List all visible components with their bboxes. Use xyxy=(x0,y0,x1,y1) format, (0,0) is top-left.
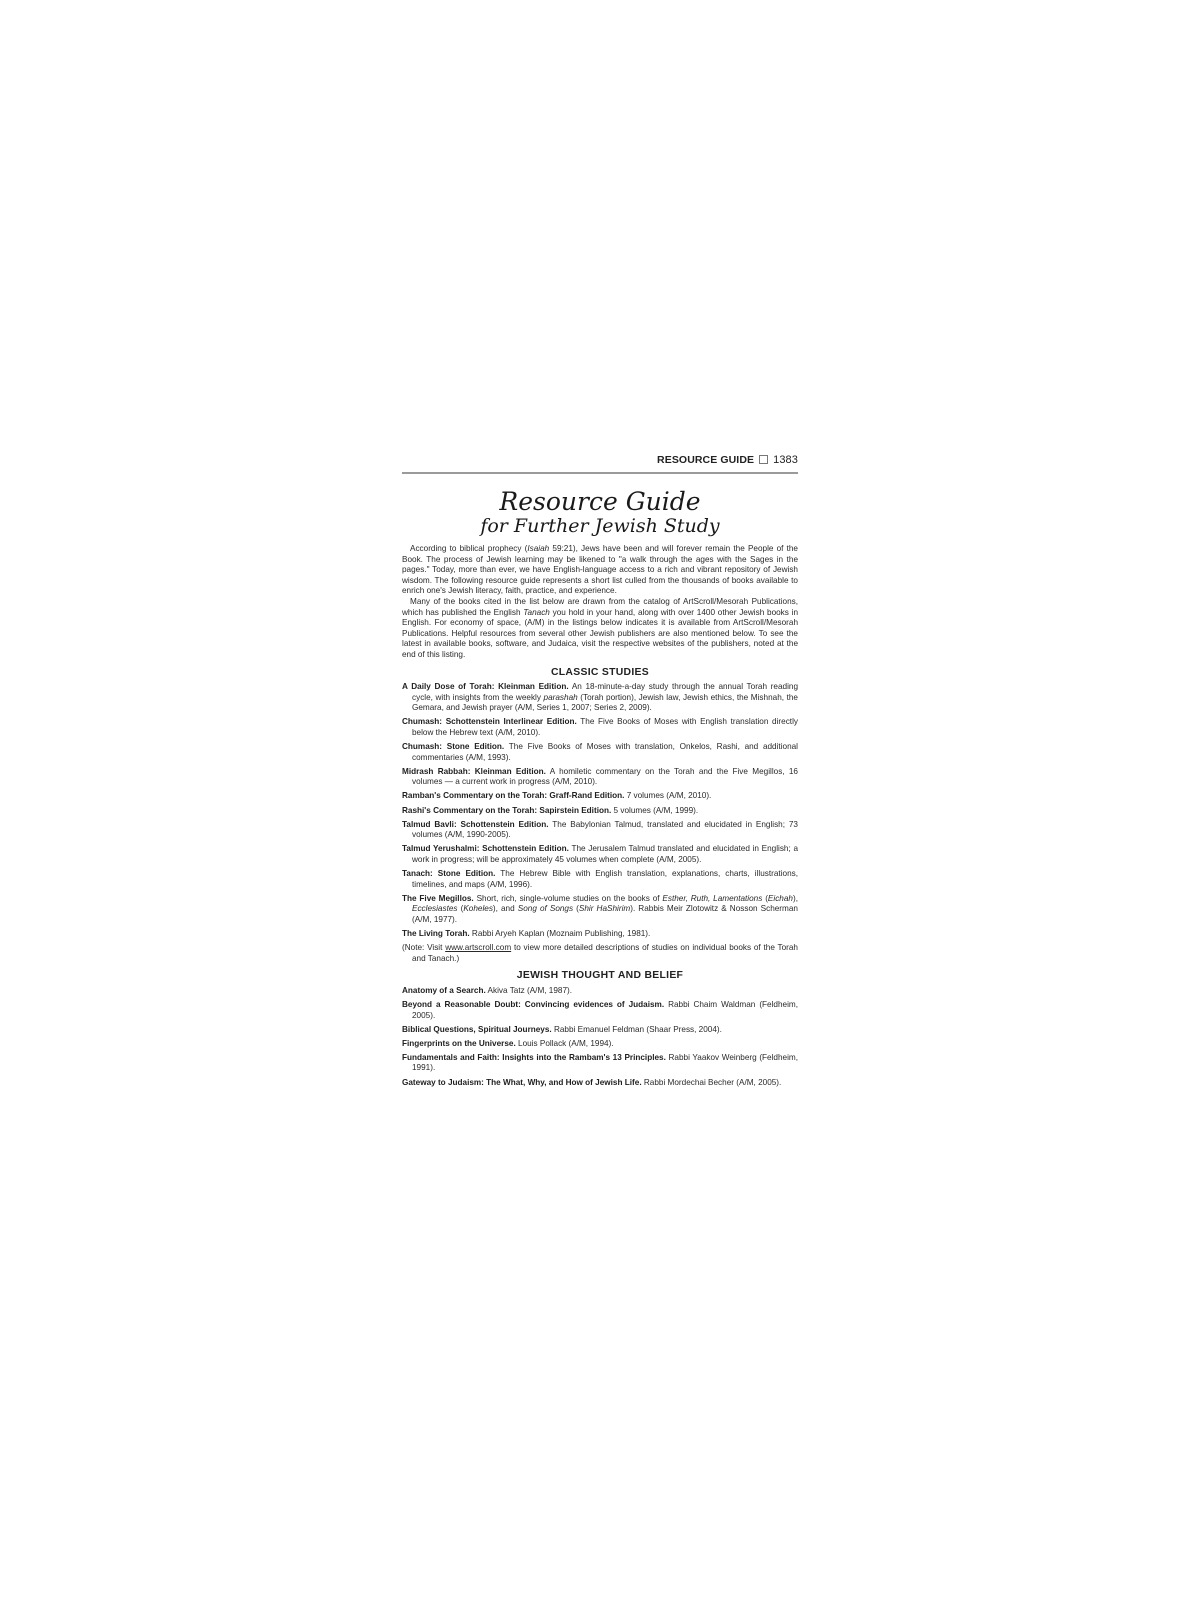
list-item: Midrash Rabbah: Kleinman Edition. A homi… xyxy=(402,767,798,788)
text: According to biblical prophecy ( xyxy=(410,544,527,553)
book-description: Rabbi Emanuel Feldman (Shaar Press, 2004… xyxy=(552,1025,722,1034)
book-title: Chumash: Schottenstein Interlinear Editi… xyxy=(402,717,577,726)
list-item: Beyond a Reasonable Doubt: Convincing ev… xyxy=(402,1000,798,1021)
emphasis: Ecclesiastes xyxy=(412,904,458,913)
list-item: Fundamentals and Faith: Insights into th… xyxy=(402,1053,798,1074)
list-item: The Living Torah. Rabbi Aryeh Kaplan (Mo… xyxy=(402,929,798,940)
list-item: Biblical Questions, Spiritual Journeys. … xyxy=(402,1025,798,1036)
intro-text: According to biblical prophecy (Isaiah 5… xyxy=(402,544,798,661)
text: ), xyxy=(793,894,798,903)
book-description: 5 volumes (A/M, 1999). xyxy=(611,806,698,815)
book-description: Louis Pollack (A/M, 1994). xyxy=(516,1039,614,1048)
page-number: 1383 xyxy=(773,454,798,466)
book-title: Ramban's Commentary on the Torah: Graff-… xyxy=(402,791,624,800)
section-heading-jewish-thought: JEWISH THOUGHT AND BELIEF xyxy=(402,971,798,982)
book-description: Rabbi Aryeh Kaplan (Moznaim Publishing, … xyxy=(470,929,651,938)
header-rule xyxy=(402,472,798,474)
emphasis: Esther, Ruth, Lamentations xyxy=(662,894,762,903)
list-item: Chumash: Stone Edition. The Five Books o… xyxy=(402,742,798,763)
section-heading-classic-studies: CLASSIC STUDIES xyxy=(402,668,798,679)
book-description: Short, rich, single-volume studies on th… xyxy=(474,894,663,903)
book-description: 7 volumes (A/M, 2010). xyxy=(624,791,711,800)
book-title: The Five Megillos. xyxy=(402,894,474,903)
list-item: Chumash: Schottenstein Interlinear Editi… xyxy=(402,717,798,738)
artscroll-link[interactable]: www.artscroll.com xyxy=(445,943,511,952)
book-title: Fundamentals and Faith: Insights into th… xyxy=(402,1053,666,1062)
emphasis: Song of Songs xyxy=(518,904,573,913)
emphasis: Koheles xyxy=(463,904,493,913)
book-title: Talmud Yerushalmi: Schottenstein Edition… xyxy=(402,844,569,853)
book-title: A Daily Dose of Torah: Kleinman Edition. xyxy=(402,682,569,691)
emphasis: Shir HaShirim xyxy=(579,904,630,913)
book-title: Chumash: Stone Edition. xyxy=(402,742,504,751)
text: ), and xyxy=(493,904,518,913)
book-title: Beyond a Reasonable Doubt: Convincing ev… xyxy=(402,1000,664,1009)
list-item: A Daily Dose of Torah: Kleinman Edition.… xyxy=(402,682,798,714)
list-item: Gateway to Judaism: The What, Why, and H… xyxy=(402,1078,798,1089)
page-title: Resource Guide for Further Jewish Study xyxy=(402,488,798,537)
intro-paragraph-1: According to biblical prophecy (Isaiah 5… xyxy=(402,544,798,597)
emphasis: Eichah xyxy=(768,894,793,903)
list-item: The Five Megillos. Short, rich, single-v… xyxy=(402,894,798,926)
list-item: Talmud Yerushalmi: Schottenstein Edition… xyxy=(402,844,798,865)
book-title: Biblical Questions, Spiritual Journeys. xyxy=(402,1025,552,1034)
note-item: (Note: Visit www.artscroll.com to view m… xyxy=(402,943,798,964)
book-title: Anatomy of a Search. xyxy=(402,986,486,995)
list-item: Talmud Bavli: Schottenstein Edition. The… xyxy=(402,820,798,841)
document-page: RESOURCE GUIDE1383 Resource Guide for Fu… xyxy=(402,455,798,1092)
title-line-2: for Further Jewish Study xyxy=(402,515,798,537)
book-title: Rashi's Commentary on the Torah: Sapirst… xyxy=(402,806,611,815)
list-item: Fingerprints on the Universe. Louis Poll… xyxy=(402,1039,798,1050)
list-item: Anatomy of a Search. Akiva Tatz (A/M, 19… xyxy=(402,986,798,997)
list-item: Ramban's Commentary on the Torah: Graff-… xyxy=(402,791,798,802)
book-title: Tanach: Stone Edition. xyxy=(402,869,495,878)
intro-paragraph-2: Many of the books cited in the list belo… xyxy=(402,597,798,661)
book-description: Akiva Tatz (A/M, 1987). xyxy=(486,986,572,995)
citation: Isaiah xyxy=(527,544,549,553)
emphasis: parashah xyxy=(544,693,578,702)
book-description: Rabbi Mordechai Becher (A/M, 2005). xyxy=(642,1078,782,1087)
list-item: Rashi's Commentary on the Torah: Sapirst… xyxy=(402,806,798,817)
book-title: Gateway to Judaism: The What, Why, and H… xyxy=(402,1078,642,1087)
book-title: Talmud Bavli: Schottenstein Edition. xyxy=(402,820,549,829)
title-line-1: Resource Guide xyxy=(402,488,798,515)
square-separator-icon xyxy=(759,455,768,464)
book-title: Fingerprints on the Universe. xyxy=(402,1039,516,1048)
book-title: Midrash Rabbah: Kleinman Edition. xyxy=(402,767,546,776)
emphasis: Tanach xyxy=(523,608,550,617)
book-title: The Living Torah. xyxy=(402,929,470,938)
text: (Note: Visit xyxy=(402,943,445,952)
list-item: Tanach: Stone Edition. The Hebrew Bible … xyxy=(402,869,798,890)
running-title: RESOURCE GUIDE xyxy=(657,454,754,466)
running-header: RESOURCE GUIDE1383 xyxy=(402,455,798,471)
